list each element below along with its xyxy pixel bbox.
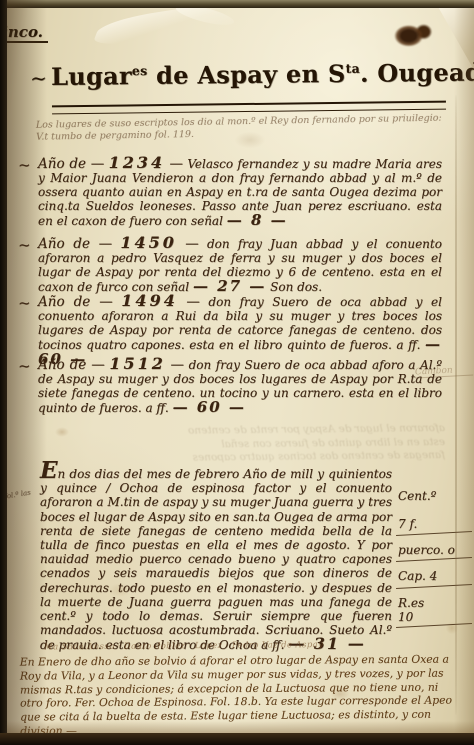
ink-blot	[392, 21, 436, 48]
entry-year-dash: —	[186, 294, 200, 310]
desk-edge	[0, 733, 474, 745]
entry-folio-number: — 60 —	[173, 398, 246, 416]
entry-year-label: Año de —	[38, 156, 104, 172]
entry-year-label: Año de —	[38, 236, 112, 252]
entry-year-dash: —	[169, 156, 183, 172]
entry-1515: En dos dias del mes de febrero Año de mi…	[40, 466, 392, 653]
margin-note-reales: R.es 10	[398, 596, 442, 624]
book-top-edge	[0, 0, 474, 8]
right-page-shade	[454, 0, 474, 745]
entry-year-label: Año de —	[38, 357, 105, 373]
entry-year-dash: —	[170, 357, 184, 373]
entry-1234: ~ Año de — 1234 — Velasco fernandez y su…	[38, 156, 442, 228]
title-superscript-es: es	[132, 63, 148, 78]
entry-caxon-number: — 8 —	[227, 211, 288, 229]
entry-year-dash: —	[185, 236, 199, 252]
entry-1512: ~ Año de — 1512 — don fray Suero de oca …	[38, 357, 442, 415]
title-part2: de Aspay en S	[147, 59, 345, 90]
manuscript-photo: aforaron el lugar de Aspay por renta de …	[0, 0, 474, 745]
entry-tail-note: Son dos.	[270, 280, 322, 294]
entry-year: 1494	[121, 291, 178, 310]
entry-caxon-number: — 27 —	[193, 277, 266, 295]
page-title: ~Lugares de Aspay en Sta. Ougeadeisma.	[30, 58, 454, 91]
entry-year: 1450	[120, 233, 177, 252]
entry-body: n dos dias del mes de febrero Año de mil…	[40, 467, 392, 652]
entry-year-label: Año de —	[38, 294, 113, 310]
title-superscript-ta: ta	[345, 61, 360, 76]
gutter-shadow	[7, 0, 47, 745]
entry-year: 1512	[109, 354, 166, 373]
title-part1: Lugar	[51, 61, 132, 91]
entry-year: 1234	[109, 153, 166, 172]
bottom-page-shade	[0, 721, 474, 733]
entry-1450: ~ Año de — 1450 — don fray Juan abbad y …	[38, 236, 442, 294]
book-binding-edge	[0, 0, 7, 745]
